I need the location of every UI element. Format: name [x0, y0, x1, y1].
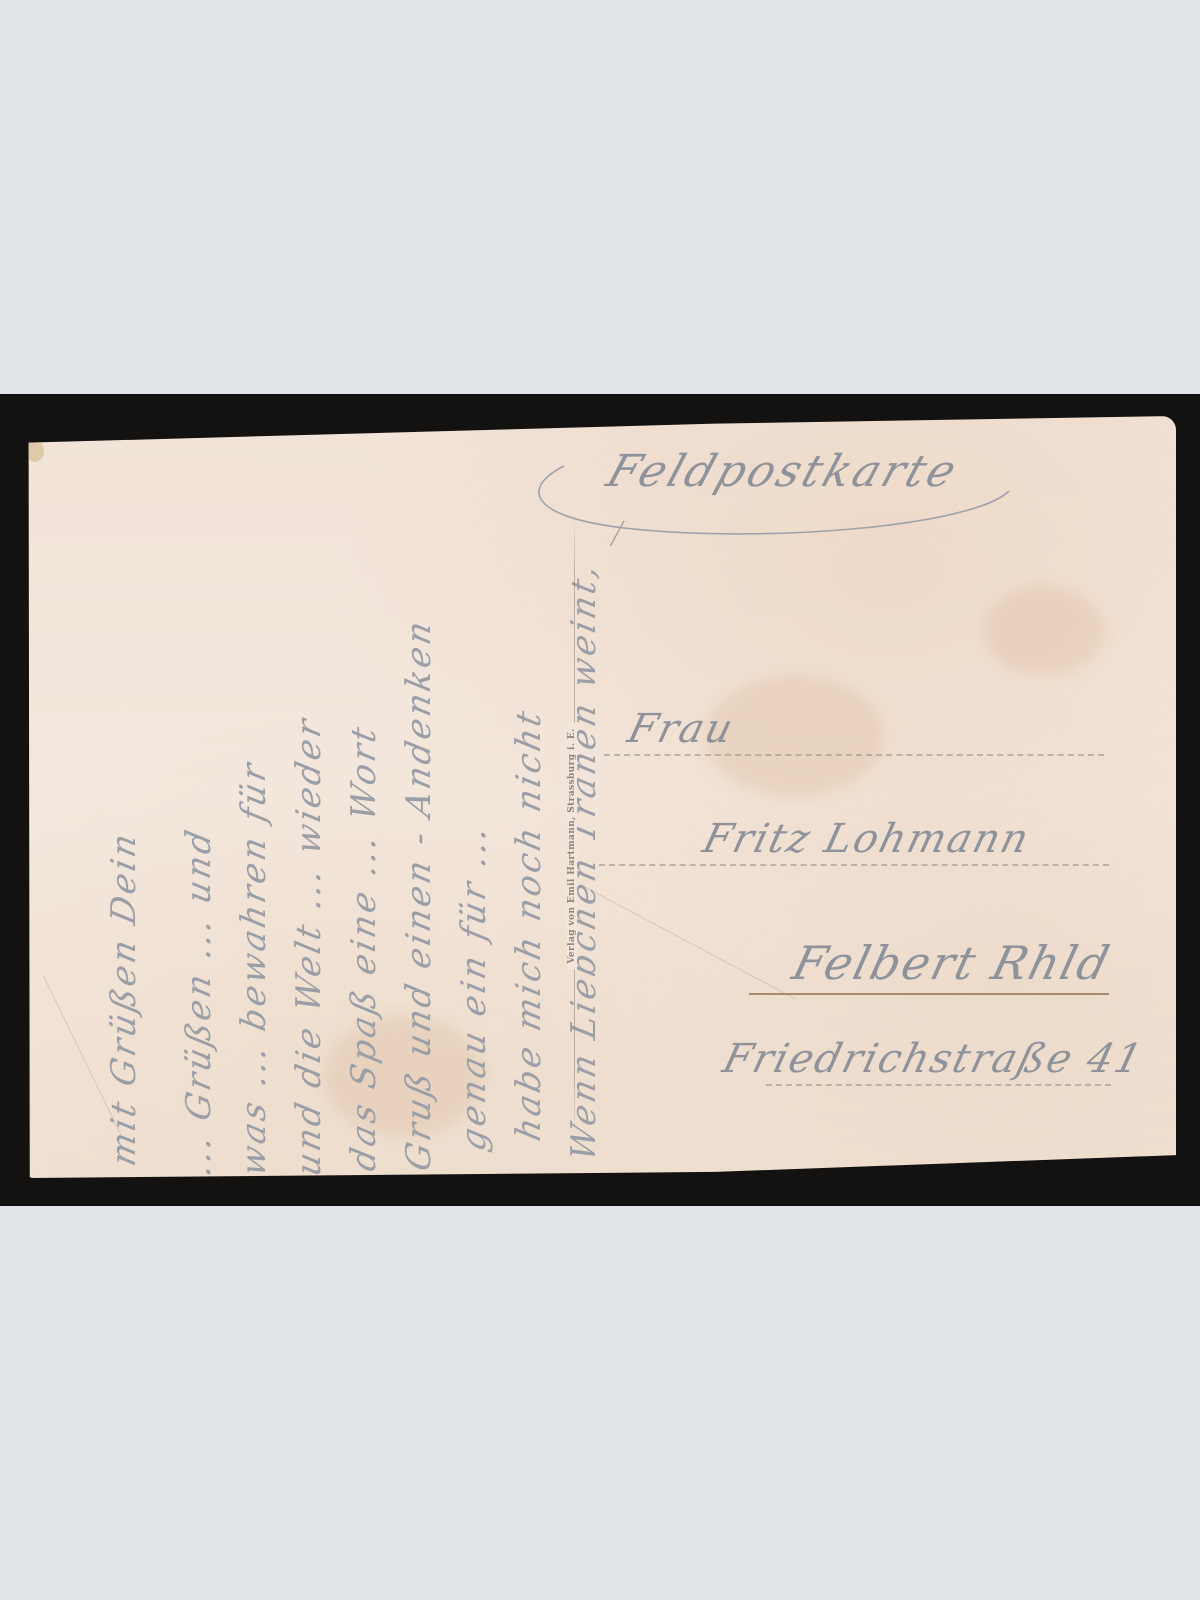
message-line: mit Grüßen Dein: [104, 827, 144, 1169]
postcard: Wenn Liebchen Tränen weint, habe mich no…: [24, 416, 1176, 1178]
scan-background: Wenn Liebchen Tränen weint, habe mich no…: [0, 394, 1200, 1206]
address-line-1: Frau: [623, 706, 739, 752]
address-rule-4: [766, 1084, 1111, 1086]
address-line-3: Felbert Rhld: [787, 936, 1116, 990]
message-line: genau ein für ...: [454, 821, 494, 1155]
message-line: habe mich noch nicht: [509, 705, 549, 1145]
address-rule-3: [749, 993, 1109, 995]
card-heading: Feldpostkarte: [601, 446, 966, 497]
publisher-imprint: Verlag von Emil Hartmann, Strassburg i. …: [567, 722, 577, 969]
address-rule-1: [604, 754, 1104, 756]
paper-crease: [584, 886, 796, 1000]
message-line: das Spaß eine ... Wort: [344, 721, 384, 1175]
corner-wear: [26, 440, 44, 462]
message-area: Wenn Liebchen Tränen weint, habe mich no…: [44, 436, 564, 1156]
message-line: ... Grüßen ... und: [179, 824, 219, 1178]
address-line-4: Friedrichstraße 41: [718, 1036, 1148, 1082]
message-line: und die Welt ... wieder: [289, 713, 329, 1178]
address-rule-2: [599, 864, 1109, 866]
paper-stain: [984, 586, 1104, 676]
address-line-2: Fritz Lohmann: [698, 816, 1035, 862]
message-line: Gruß und einen - Andenken: [399, 615, 439, 1175]
message-line: was ... bewahren für: [234, 757, 274, 1178]
